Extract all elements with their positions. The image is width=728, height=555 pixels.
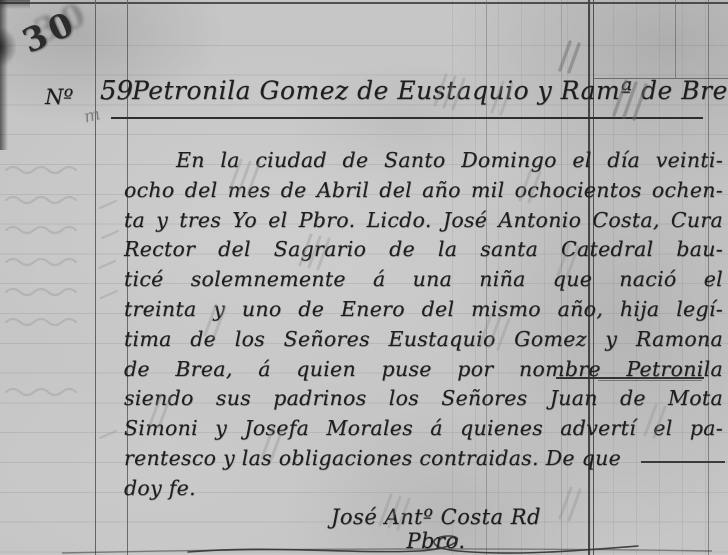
- priest-signature: José Antº Costa Rd Pbro.: [303, 505, 569, 553]
- record-line: ticé solemnemente á una niña que nació e…: [124, 265, 723, 295]
- record-line: siendo sus padrinos los Señores Juan de …: [124, 384, 723, 414]
- record-line: rentesco y las obligaciones contraidas. …: [124, 444, 723, 474]
- folio-number-stamp: 30: [16, 2, 83, 60]
- record-body: En la ciudad de Santo Domingo el día vei…: [124, 146, 723, 504]
- pencil-margin-mark: m: [82, 104, 102, 127]
- bleed-through-margin-writing: [6, 167, 118, 438]
- name-underline: [556, 377, 704, 379]
- title-underline: [111, 117, 703, 119]
- register-page-scan: 30 Nº 59 m Petronila Gomez de Eustaquio …: [0, 0, 728, 555]
- record-line: doy fe.: [124, 474, 723, 504]
- top-border-line: [0, 2, 728, 4]
- record-line: Rector del Sagrario de la santa Catedral…: [124, 235, 723, 265]
- scan-edge-shadow: [0, 0, 8, 150]
- record-line: tima de los Señores Eustaquio Gomez y Ra…: [124, 325, 723, 355]
- entry-number-label: Nº: [45, 85, 73, 109]
- line-filler-stroke: [641, 461, 725, 463]
- record-line: ta y tres Yo el Pbro. Licdo. José Antoni…: [124, 206, 723, 236]
- record-line: ocho del mes de Abril del año mil ochoci…: [124, 176, 723, 206]
- scan-edge-blob: [0, 28, 16, 66]
- entry-title: Petronila Gomez de Eustaquio y Ramª de B…: [132, 76, 704, 105]
- right-cell-line: [675, 0, 676, 78]
- margin-line-outer: [95, 0, 96, 555]
- record-line: En la ciudad de Santo Domingo el día vei…: [124, 146, 723, 176]
- record-line: treinta y uno de Enero del mismo año, hi…: [124, 295, 723, 325]
- name-underline-second: [598, 380, 702, 381]
- entry-number: 59: [100, 76, 133, 106]
- record-line: Simoni y Josefa Morales á quienes advert…: [124, 414, 723, 444]
